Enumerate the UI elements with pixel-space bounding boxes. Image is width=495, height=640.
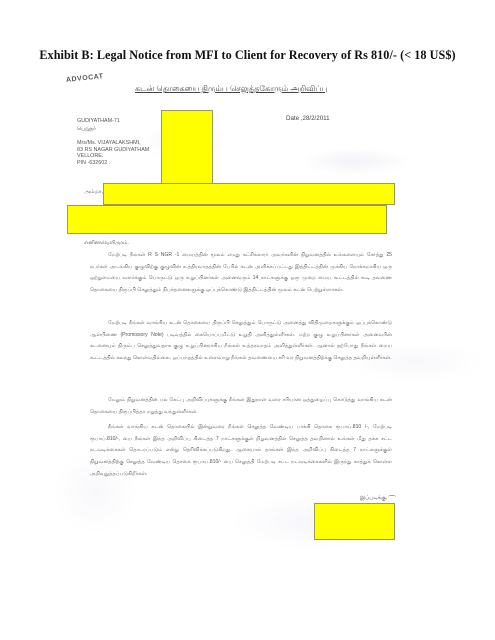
sender-place: GUDIYATHAM-71 [77,118,120,124]
recipient-name: Mrs/Ms. VIJAYALAKSHMI, [77,140,141,146]
recipient-label: பெறுநர் [77,126,96,132]
recipient-city: VELLORE. [77,153,103,159]
notice-heading: கடன் தொகையை திரும்ப செலுத்தகோரும் அறிவிப… [135,84,327,94]
signoff: இப்படிக்கு, [360,495,387,502]
redaction-salutation-name [103,183,395,205]
exhibit-title: Exhibit B: Legal Notice from MFI to Clie… [0,48,495,63]
paragraph-3: மேலும் நிறுவனத்தின் பல கேட்பு அறிவிப்புக… [90,395,392,419]
recipient-pin: PIN -632602 . [77,160,110,166]
redaction-subject-line [67,205,387,234]
paragraph-2: மேற்படி நீங்கள் வாங்கிய கடன் தொகையை திரு… [90,318,392,390]
intro-line: எனினவெளிருாம். [84,240,129,246]
paragraph-4: நீங்கள் வாங்கிய கடன் தொகையில் இன்றுவரை ந… [90,422,392,496]
redaction-sender-block [161,110,213,184]
recipient-street: 83 RS NAGAR GUDIYATHAM [77,147,149,153]
letter-date: Date ,28/2/2011 [286,115,330,122]
salutation: அம்மா, [84,189,103,195]
redaction-signature-block [314,503,395,540]
paragraph-1: மேற்படி நீங்கள் R S NGR -1 மையத்தின் மூல… [90,250,392,312]
